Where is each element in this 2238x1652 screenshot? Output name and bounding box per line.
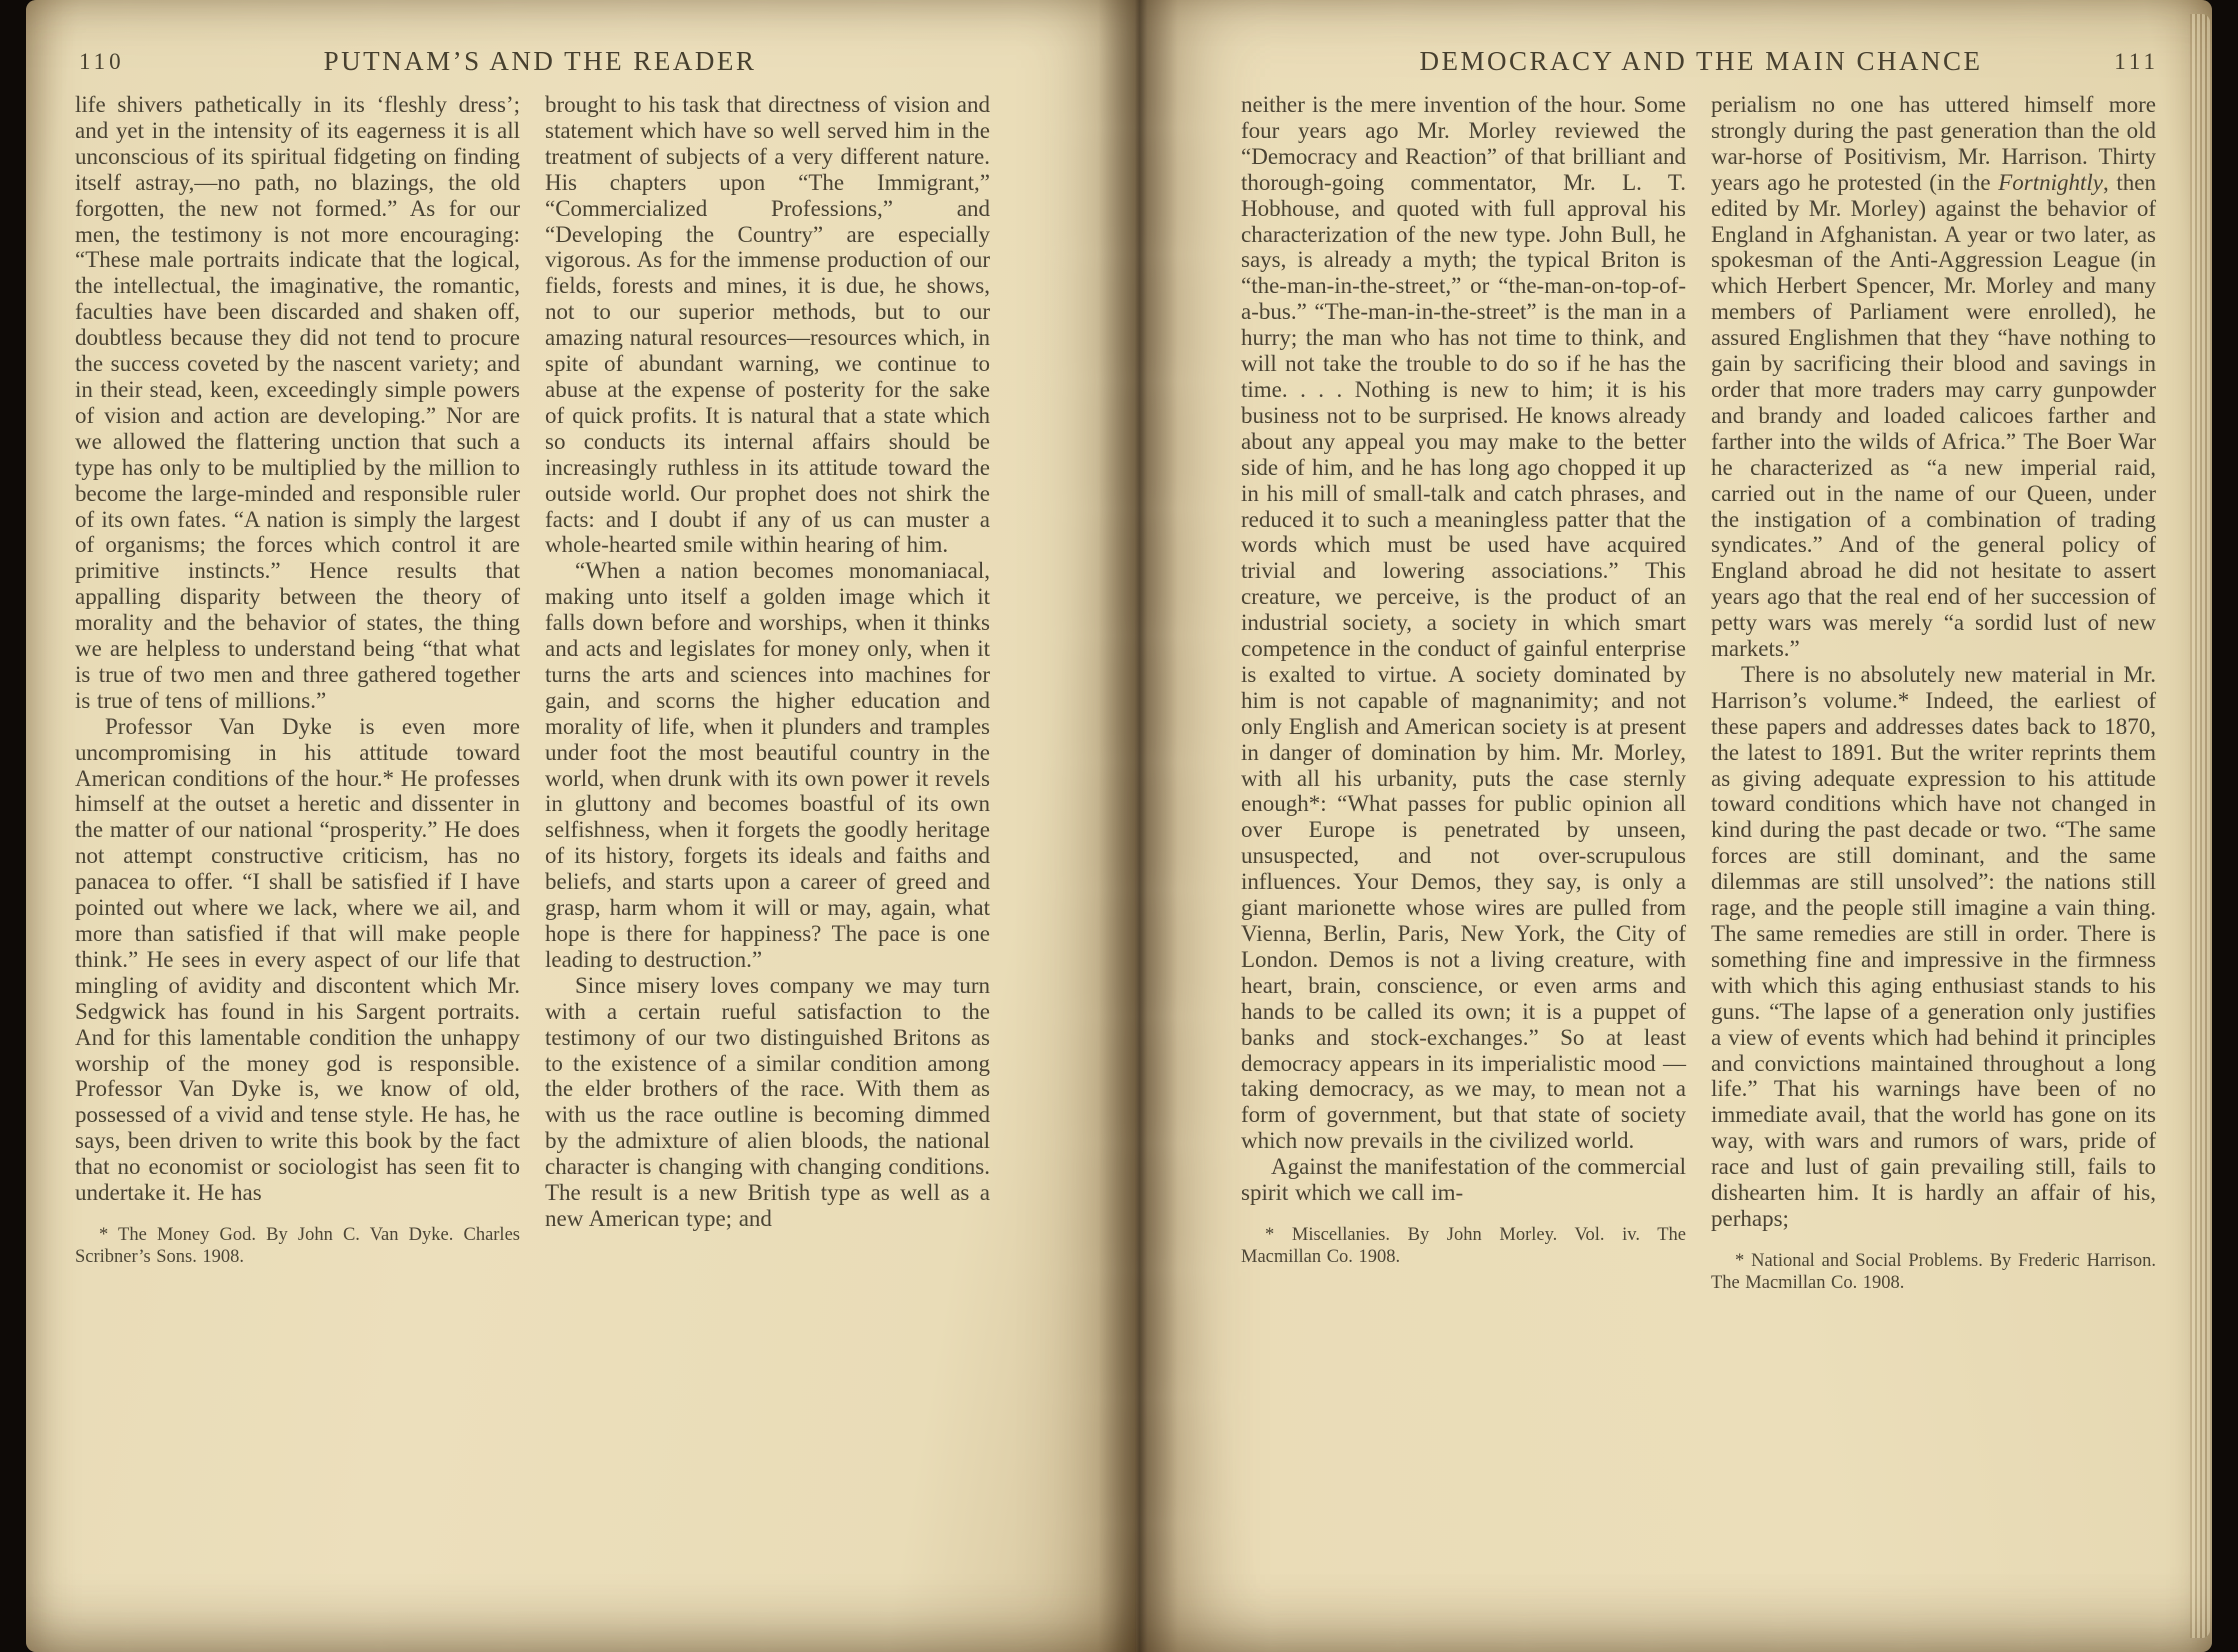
page-number: 111 xyxy=(2114,49,2159,75)
paragraph: neither is the mere invention of the hou… xyxy=(1241,92,1686,1154)
running-title: PUTNAM’S AND THE READER xyxy=(75,46,1005,77)
footnote: * Miscellanies. By John Morley. Vol. iv.… xyxy=(1241,1224,1686,1269)
right-page-header: 111 DEMOCRACY AND THE MAIN CHANCE xyxy=(1241,46,2161,80)
running-title: DEMOCRACY AND THE MAIN CHANCE xyxy=(1241,46,2161,77)
paragraph: Against the manifestation of the commerc… xyxy=(1241,1154,1686,1206)
left-page-header: 110 PUTNAM’S AND THE READER xyxy=(75,46,1005,80)
paragraph: Since misery loves company we may turn w… xyxy=(545,973,990,1232)
paragraph: Professor Van Dyke is even more uncompro… xyxy=(75,714,520,1206)
right-page: 111 DEMOCRACY AND THE MAIN CHANCE neithe… xyxy=(1136,0,2212,1652)
left-page: 110 PUTNAM’S AND THE READER life shivers… xyxy=(26,0,1136,1652)
paragraph: brought to his task that directness of v… xyxy=(545,92,990,558)
right-page-column-1: neither is the mere invention of the hou… xyxy=(1241,92,1686,1269)
footnote: * National and Social Problems. By Frede… xyxy=(1711,1250,2156,1295)
page-stack-edges xyxy=(2190,14,2210,1638)
paragraph: perialism no one has uttered himself mor… xyxy=(1711,92,2156,662)
paragraph: There is no absolutely new material in M… xyxy=(1711,662,2156,1232)
left-page-column-1: life shivers pathetically in its ‘fleshl… xyxy=(75,92,520,1269)
paragraph: “When a nation becomes monomaniacal, mak… xyxy=(545,558,990,973)
book-spread: 110 PUTNAM’S AND THE READER life shivers… xyxy=(0,0,2238,1652)
left-page-column-2: brought to his task that directness of v… xyxy=(545,92,990,1232)
footnote: * The Money God. By John C. Van Dyke. Ch… xyxy=(75,1224,520,1269)
page-number: 110 xyxy=(79,49,125,75)
right-page-column-2: perialism no one has uttered himself mor… xyxy=(1711,92,2156,1295)
paragraph: life shivers pathetically in its ‘fleshl… xyxy=(75,92,520,714)
